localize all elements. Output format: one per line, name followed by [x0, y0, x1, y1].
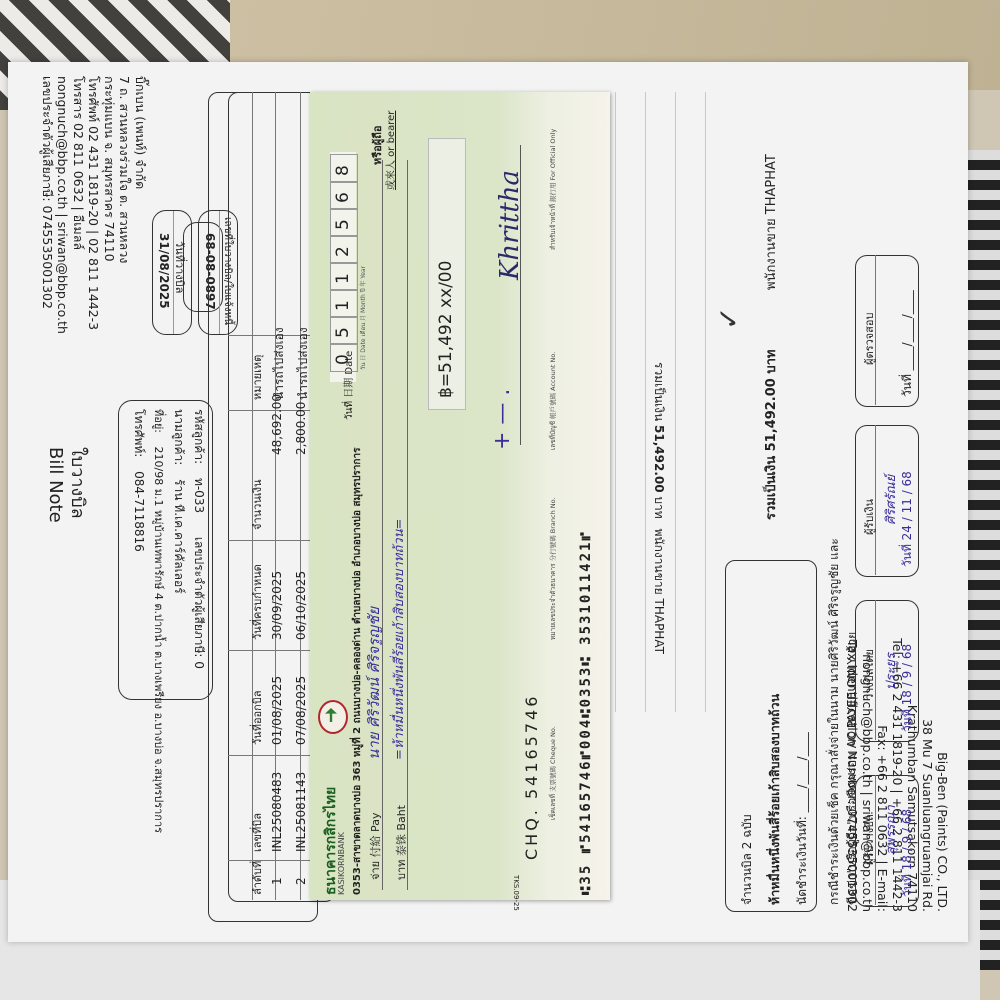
table-cell: INL25080483 — [270, 772, 284, 852]
micr-line: ⑆35 ⑈54165746⑈004⑆0353⑆ 3531011421⑈ — [578, 530, 594, 895]
date-digit: 1 — [333, 273, 353, 284]
table-cell: 01/08/2025 — [270, 676, 284, 745]
table-header-5: หมายเหตุ — [248, 355, 266, 400]
signature-label: วางบิลโดย — [860, 649, 878, 700]
ruled-line — [615, 92, 616, 712]
grand-total-text: รวมเป็นเงิน 51,492.00 บาท — [760, 350, 781, 520]
amount-figure: ฿=51,492 xx/00 — [436, 261, 456, 398]
table-header-0: ลำดับที่ — [248, 861, 266, 895]
date-digit: 5 — [333, 219, 353, 230]
table-cell: นำรถไปส่งเอง — [270, 327, 289, 400]
table-header-4: จำนวนเงิน — [248, 480, 266, 531]
signature-date: วันที่ ____/____/____ — [898, 290, 917, 397]
micr-label: สำหรับเจ้าหน้าที่ 銀行用 For Official Only — [548, 129, 558, 250]
cheque-note-1: กรณีชำระเงินด้วยเช็ค กรุณาสั่งจ่ายในนาม … — [825, 538, 844, 905]
signature-handwriting: ประยูร — [880, 653, 901, 690]
baht-line — [407, 160, 408, 890]
date-digit: 6 — [333, 192, 353, 203]
table-header-1: เลขที่บิล — [248, 813, 266, 852]
micr-label: หมายเลขประจำตัวธนาคาร 分行號碼 Branch No. — [548, 497, 558, 640]
signature-label: ผู้รับเงิน — [860, 499, 878, 535]
signature-handwriting: สุพรรณา — [880, 805, 901, 855]
micr-label: เลขที่บัญชี 帳戶號碼 Account No. — [548, 352, 558, 450]
pay-line — [382, 160, 383, 890]
summary-box — [725, 560, 817, 912]
date-digit: 0 — [333, 354, 353, 365]
table-cell: 2 — [294, 877, 308, 885]
kasikorn-logo-icon — [318, 700, 348, 734]
date-digit: 1 — [333, 300, 353, 311]
micr-label: เช็คเลขที่ 支票號碼 Cheque No. — [548, 726, 558, 820]
amount-words-handwritten: =ห้าหมื่นหนึ่งพันสี่ร้อยเก้าสิบสองบาทถ้ว… — [388, 519, 409, 760]
bank-name-en: KASIKORNBANK — [337, 832, 346, 895]
table-cell: 48,692.00 — [270, 394, 284, 455]
table-cell: 06/10/2025 — [294, 571, 308, 640]
date-sublabels: วัน 日 Date เดือน 月 Month ปี 年 Year — [358, 266, 368, 370]
signature-handwriting: ศิริศรัณย์ — [880, 475, 901, 525]
tick-mark: ✓ — [712, 307, 745, 330]
signature-label: ผู้ตรวจสอบ — [860, 313, 878, 365]
salesperson-text: พนักงานขาย THAPHAT — [760, 154, 781, 290]
ruled-line — [645, 92, 646, 712]
table-header-2: วันที่ออกบิล — [248, 690, 266, 745]
signature-line — [520, 145, 521, 445]
date-digit: 5 — [333, 327, 353, 338]
table-header-3: วันที่ครบกำหนด — [248, 564, 266, 640]
table-cell: 2,800.00 — [294, 402, 308, 455]
table-cell: INL25081143 — [294, 772, 308, 852]
form-code: TKS.09-25 — [512, 875, 520, 911]
date-digit: 8 — [333, 165, 353, 176]
table-cell: 30/09/2025 — [270, 571, 284, 640]
table-cell: 1 — [270, 877, 284, 885]
date-digit: 2 — [333, 246, 353, 257]
signature-label: ผู้รับวางบิล — [860, 814, 878, 865]
cross-marks: + — . — [490, 389, 515, 450]
table-cell: 07/08/2025 — [294, 676, 308, 745]
ruled-line — [675, 92, 676, 712]
ruled-line — [705, 92, 706, 712]
cheque-number: CHQ. 54165746 — [522, 694, 541, 860]
bearer-label: 或來人 or bearer — [382, 111, 397, 190]
